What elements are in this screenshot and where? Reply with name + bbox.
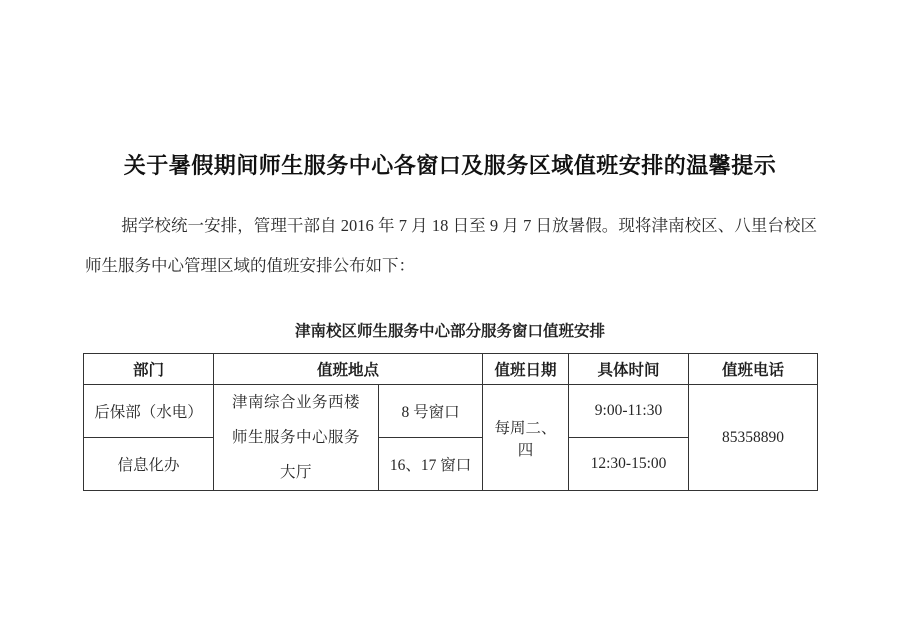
document-title: 关于暑假期间师生服务中心各窗口及服务区域值班安排的温馨提示 <box>0 151 900 181</box>
cell-window-row1: 8 号窗口 <box>379 385 483 438</box>
header-cell-duty-date: 值班日期 <box>483 354 569 385</box>
table-caption: 津南校区师生服务中心部分服务窗口值班安排 <box>0 321 900 343</box>
duty-schedule-table: 部门 值班地点 值班日期 具体时间 值班电话 后保部（水电） 津南综合业务西楼师… <box>83 353 818 491</box>
header-cell-duty-location: 值班地点 <box>214 354 483 385</box>
header-cell-duty-phone: 值班电话 <box>689 354 818 385</box>
intro-paragraph: 据学校统一安排，管理干部自 2016 年 7 月 18 日至 9 月 7 日放暑… <box>85 206 817 286</box>
table-header-row: 部门 值班地点 值班日期 具体时间 值班电话 <box>84 354 818 385</box>
cell-department-row2: 信息化办 <box>84 438 214 491</box>
cell-duty-phone: 85358890 <box>689 385 818 491</box>
cell-window-row2: 16、17 窗口 <box>379 438 483 491</box>
cell-department-row1: 后保部（水电） <box>84 385 214 438</box>
header-cell-department: 部门 <box>84 354 214 385</box>
table-row: 后保部（水电） 津南综合业务西楼师生服务中心服务大厅 8 号窗口 每周二、四 9… <box>84 385 818 438</box>
cell-duty-location: 津南综合业务西楼师生服务中心服务大厅 <box>214 385 379 491</box>
header-cell-specific-time: 具体时间 <box>569 354 689 385</box>
document-page: 关于暑假期间师生服务中心各窗口及服务区域值班安排的温馨提示 据学校统一安排，管理… <box>0 0 900 636</box>
cell-duty-date: 每周二、四 <box>483 385 569 491</box>
cell-time-row1: 9:00-11:30 <box>569 385 689 438</box>
cell-time-row2: 12:30-15:00 <box>569 438 689 491</box>
